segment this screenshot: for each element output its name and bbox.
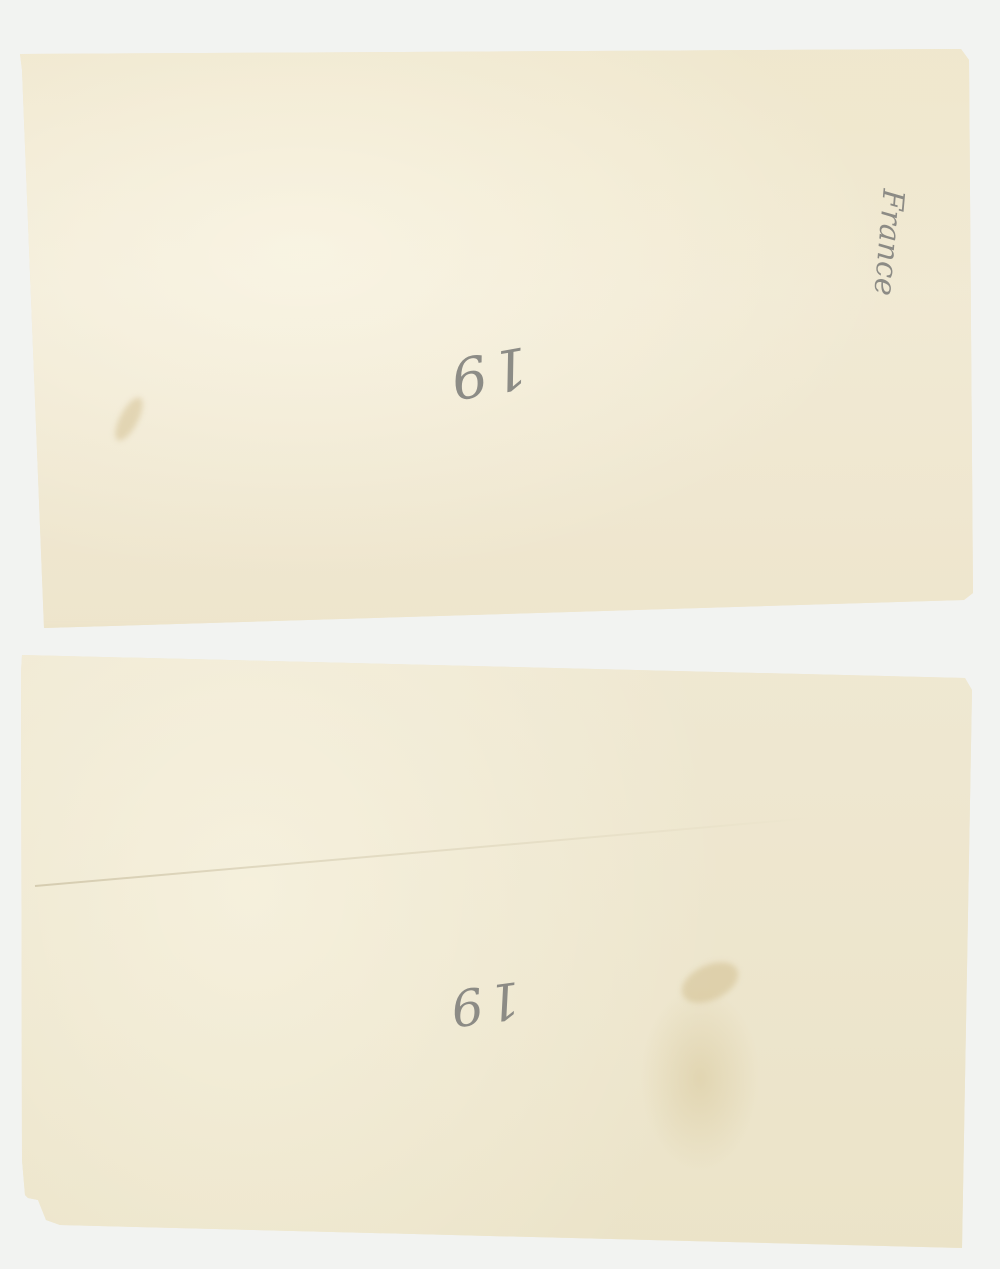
handwritten-number-bottom: 19: [441, 970, 524, 1038]
photo-back-top: [0, 0, 1000, 640]
